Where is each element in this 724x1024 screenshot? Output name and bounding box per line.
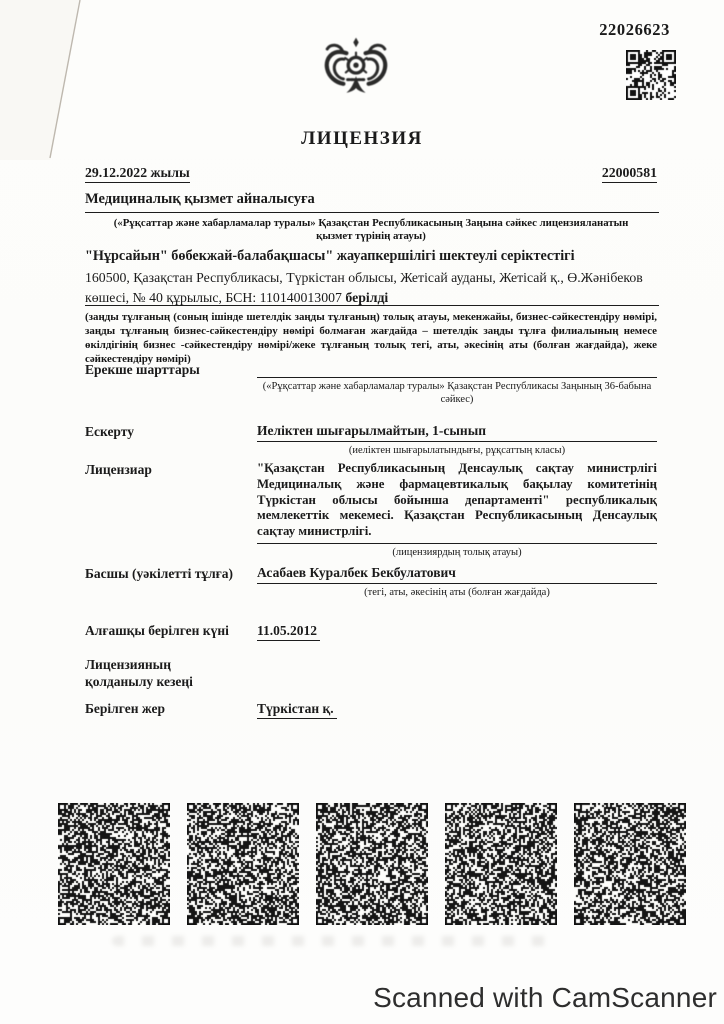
field-label: Ескерту [85, 423, 257, 457]
field-note: (иеліктен шығарылатындығы, рұқсаттың кла… [257, 442, 657, 457]
field-remark: Ескерту Иеліктен шығарылмайтын, 1-сынып … [85, 423, 657, 457]
datamatrix-block [445, 803, 557, 925]
field-value [257, 361, 657, 378]
kazakhstan-emblem-icon [320, 34, 392, 106]
company-name: "Нұрсайын" бөбекжай-балабақшасы" жауапке… [85, 248, 657, 265]
activity-note: («Рұқсаттар және хабарламалар туралы» Қа… [85, 217, 657, 243]
date-number-row: 29.12.2022 жылы 22000581 [85, 165, 657, 183]
field-note: (тегі, аты, әкесінің аты (болған жағдайд… [257, 584, 657, 599]
field-validity-period: Лицензияның қолданылу кезеңі [85, 656, 657, 690]
field-label: Берілген жер [85, 700, 257, 719]
field-value: Иеліктен шығарылмайтын, 1-сынып [257, 423, 657, 442]
field-licensor: Лицензиар "Қазақстан Республикасының Ден… [85, 461, 657, 559]
company-note: (заңды тұлғаның (соның ішінде шетелдік з… [85, 310, 657, 366]
datamatrix-block [574, 803, 686, 925]
datamatrix-block [316, 803, 428, 925]
issued-word: берілді [345, 290, 388, 305]
field-label: Лицензияның қолданылу кезеңі [85, 656, 233, 690]
field-first-issued: Алғашқы берілген күні 11.05.2012 [85, 622, 657, 641]
field-note: (лицензиярдың толық атауы) [257, 544, 657, 559]
scan-number: 22026623 [599, 20, 670, 40]
qr-code [626, 50, 676, 100]
document-title: ЛИЦЕНЗИЯ [0, 128, 724, 150]
field-value: "Қазақстан Республикасының Денсаулық сақ… [257, 461, 657, 544]
field-label: Басшы (уәкілетті тұлға) [85, 565, 257, 599]
field-value: Түркістан қ. [257, 701, 337, 719]
divider [85, 212, 659, 213]
scanned-license-document: 22026623 ЛИЦЕНЗИЯ 29.12.2022 жылы 220005… [0, 0, 724, 1024]
issue-date: 29.12.2022 жылы [85, 165, 190, 183]
activity-title: Медициналық қызмет айналысуға [85, 191, 657, 208]
field-issue-place: Берілген жер Түркістан қ. [85, 700, 657, 719]
company-address: 160500, Қазақстан Республикасы, Түркіста… [85, 268, 657, 307]
field-label: Ерекше шарттары [85, 361, 257, 406]
field-label: Лицензиар [85, 461, 257, 559]
field-label: Алғашқы берілген күні [85, 622, 257, 641]
divider [85, 305, 659, 306]
field-value: 11.05.2012 [257, 623, 320, 641]
barcode-strip [58, 803, 690, 925]
field-value: Асабаев Куралбек Бекбулатович [257, 565, 657, 584]
datamatrix-block [187, 803, 299, 925]
scan-smudge [112, 936, 552, 946]
license-number: 22000581 [602, 165, 657, 183]
datamatrix-block [58, 803, 170, 925]
field-note: («Рұқсаттар және хабарламалар туралы» Қа… [257, 378, 657, 406]
field-value [257, 656, 657, 690]
field-head: Басшы (уәкілетті тұлға) Асабаев Куралбек… [85, 565, 657, 599]
camscanner-watermark: Scanned with CamScanner [373, 982, 717, 1014]
field-special-terms: Ерекше шарттары («Рұқсаттар және хабарла… [85, 361, 657, 406]
